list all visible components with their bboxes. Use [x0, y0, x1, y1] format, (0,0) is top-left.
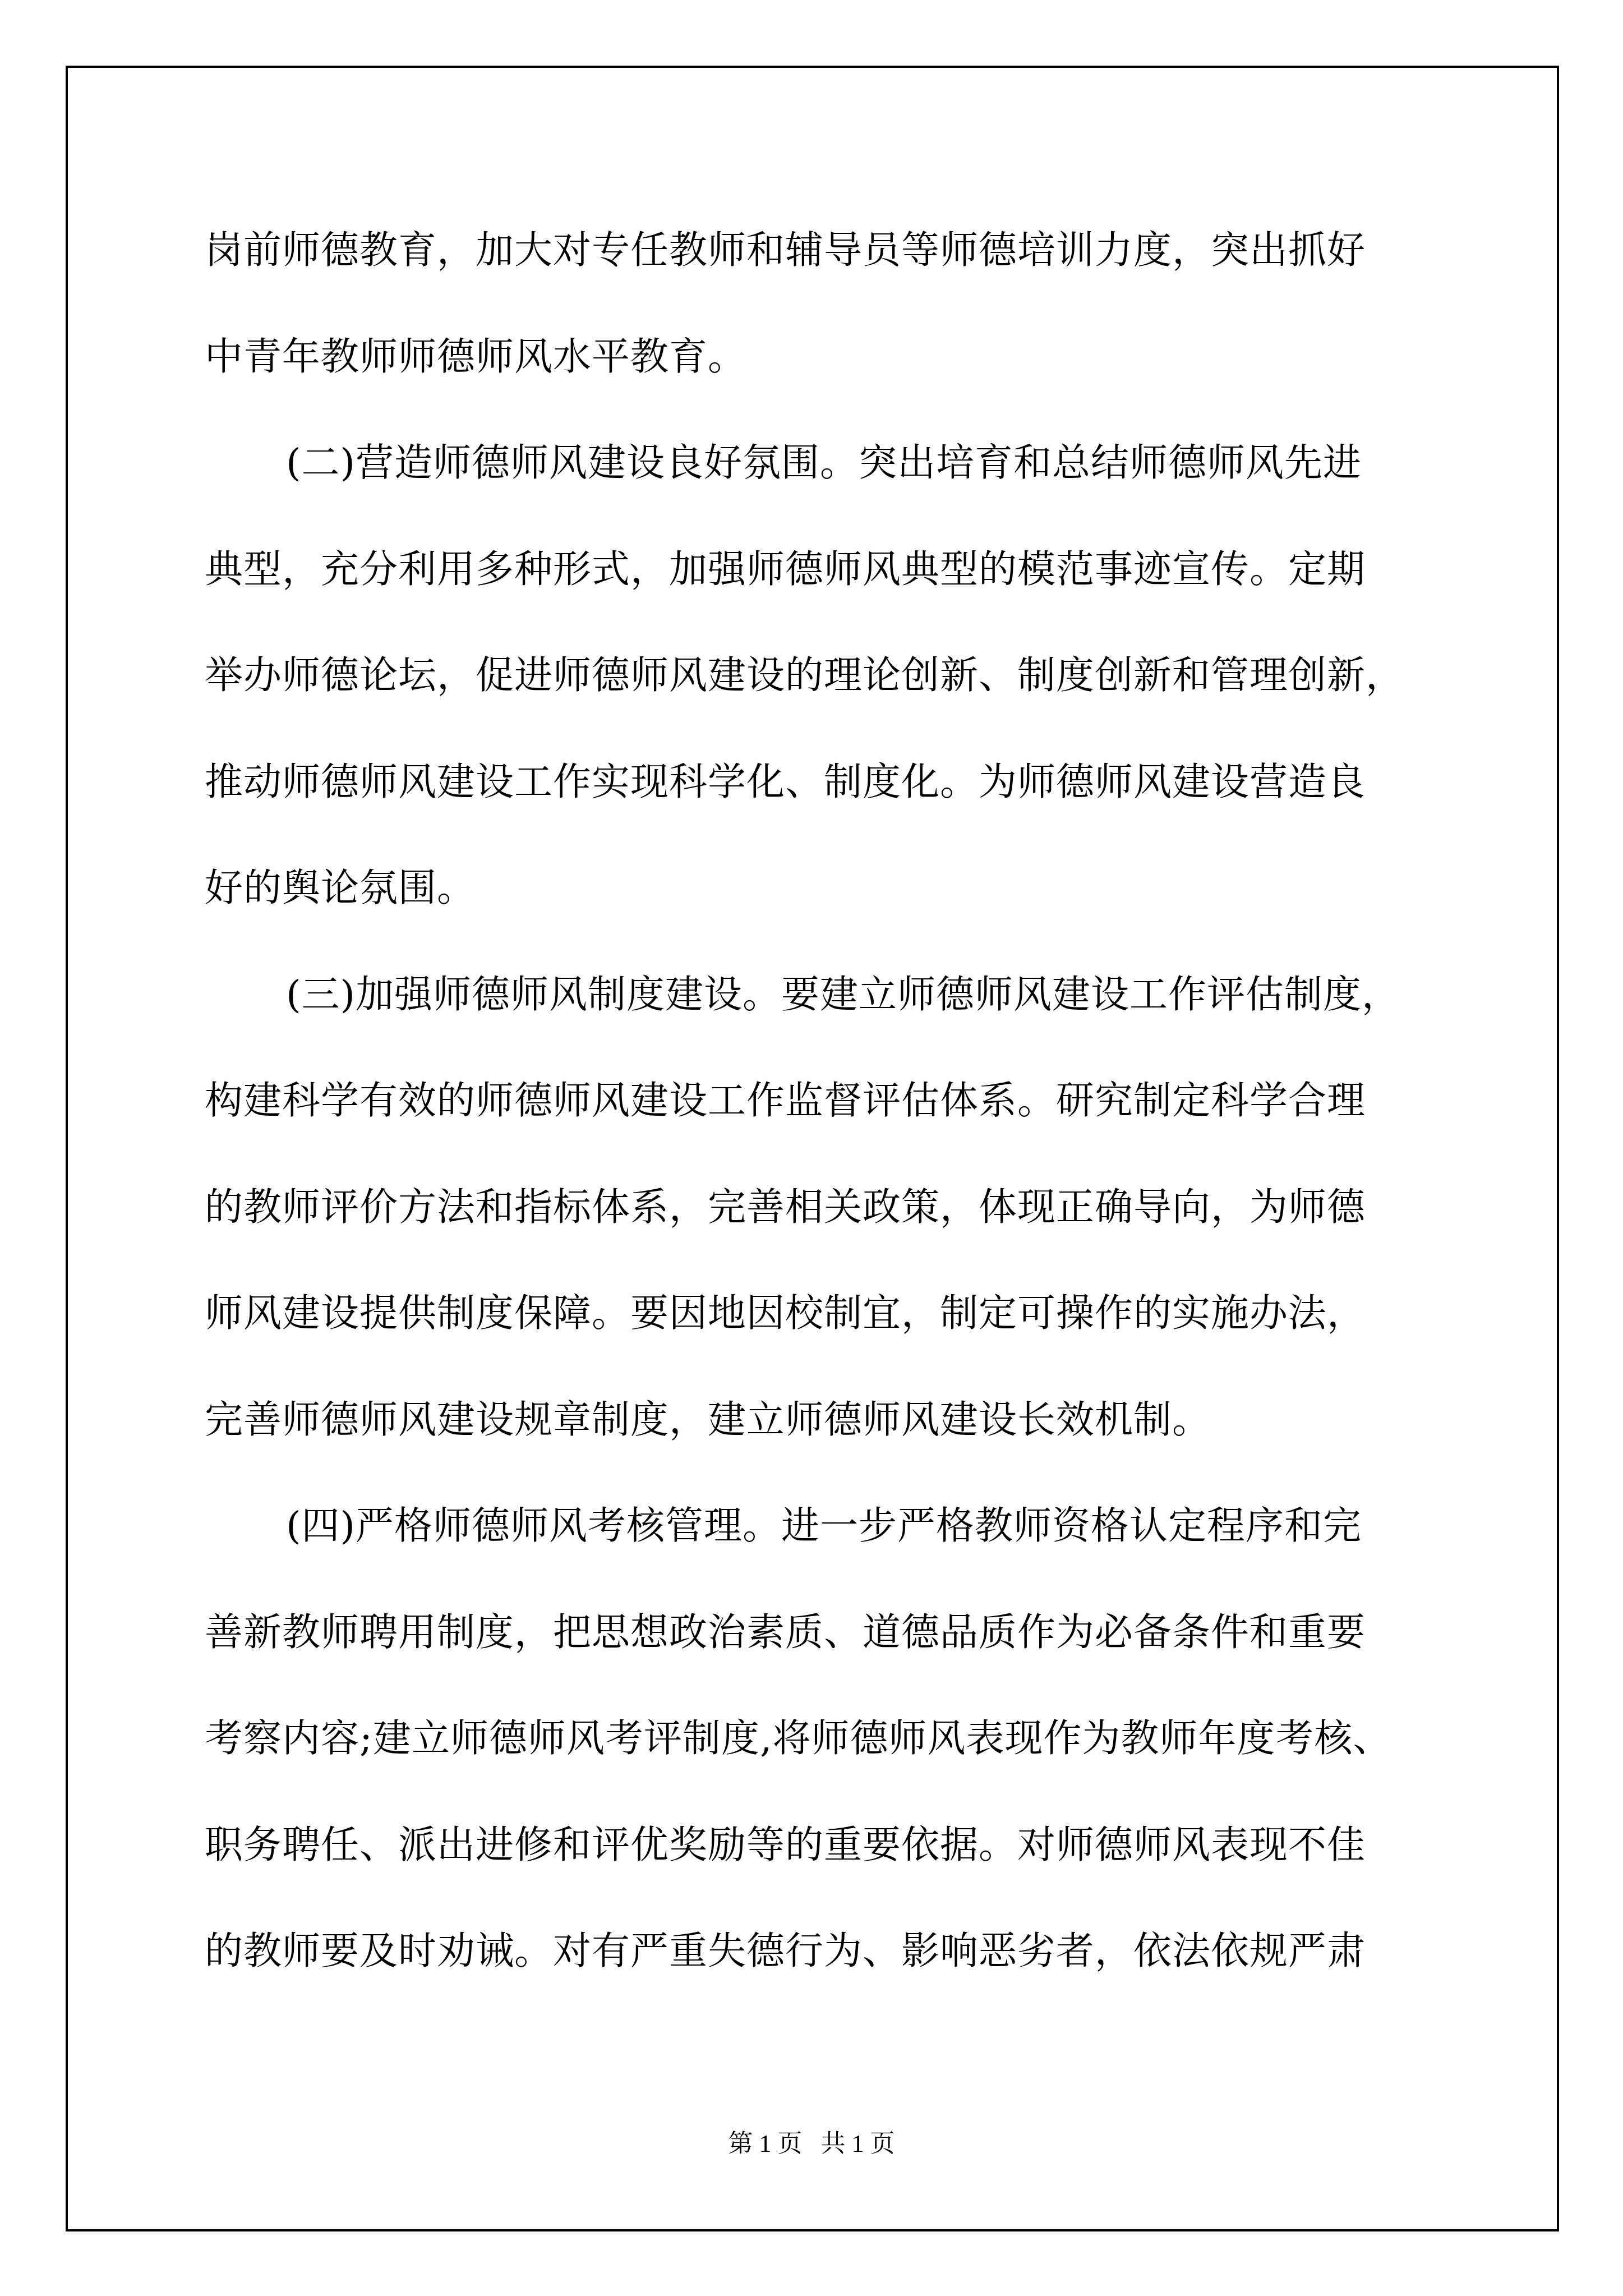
paragraph-heading-line: (四)严格师德师风考核管理。进一步严格教师资格认定程序和完 [205, 1473, 1438, 1580]
paragraph-heading-line: (三)加强师德师风制度建设。要建立师德师风建设工作评估制度， [205, 942, 1438, 1048]
text-line: 举办师德论坛，促进师德师风建设的理论创新、制度创新和管理创新， [205, 623, 1438, 729]
text-line: 职务聘任、派出进修和评优奖励等的重要依据。对师德师风表现不佳 [205, 1792, 1438, 1899]
text-line: 推动师德师风建设工作实现科学化、制度化。为师德师风建设营造良 [205, 729, 1438, 836]
paragraph-4: (四)严格师德师风考核管理。进一步严格教师资格认定程序和完 善新教师聘用制度，把… [205, 1473, 1438, 2005]
text-line: 完善师德师风建设规章制度，建立师德师风建设长效机制。 [205, 1367, 1438, 1474]
text-line: 的教师要及时劝诫。对有严重失德行为、影响恶劣者，依法依规严肃 [205, 1898, 1438, 2005]
text-line: 的教师评价方法和指标体系，完善相关政策，体现正确导向，为师德 [205, 1154, 1438, 1261]
text-line: 善新教师聘用制度，把思想政治素质、道德品质作为必备条件和重要 [205, 1580, 1438, 1686]
text-line: 好的舆论氛围。 [205, 835, 1438, 942]
paragraph-2: (二)营造师德师风建设良好氛围。突出培育和总结师德师风先进 典型，充分利用多种形… [205, 410, 1438, 942]
text-line: 考察内容;建立师德师风考评制度,将师德师风表现作为教师年度考核、 [205, 1686, 1438, 1792]
text-line: 典型，充分利用多种形式，加强师德师风典型的模范事迹宣传。定期 [205, 517, 1438, 623]
document-body: 岗前师德教育，加大对专任教师和辅导员等师德培训力度，突出抓好 中青年教师师德师风… [205, 197, 1438, 2005]
text-line: 岗前师德教育，加大对专任教师和辅导员等师德培训力度，突出抓好 [205, 197, 1438, 304]
text-line: 师风建设提供制度保障。要因地因校制宜，制定可操作的实施办法， [205, 1260, 1438, 1367]
paragraph-3: (三)加强师德师风制度建设。要建立师德师风建设工作评估制度， 构建科学有效的师德… [205, 942, 1438, 1474]
paragraph-heading-line: (二)营造师德师风建设良好氛围。突出培育和总结师德师风先进 [205, 410, 1438, 517]
text-line: 构建科学有效的师德师风建设工作监督评估体系。研究制定科学合理 [205, 1048, 1438, 1154]
page-number-footer: 第 1 页 共 1 页 [0, 2129, 1623, 2159]
text-line: 中青年教师师德师风水平教育。 [205, 304, 1438, 411]
paragraph-1: 岗前师德教育，加大对专任教师和辅导员等师德培训力度，突出抓好 中青年教师师德师风… [205, 197, 1438, 410]
